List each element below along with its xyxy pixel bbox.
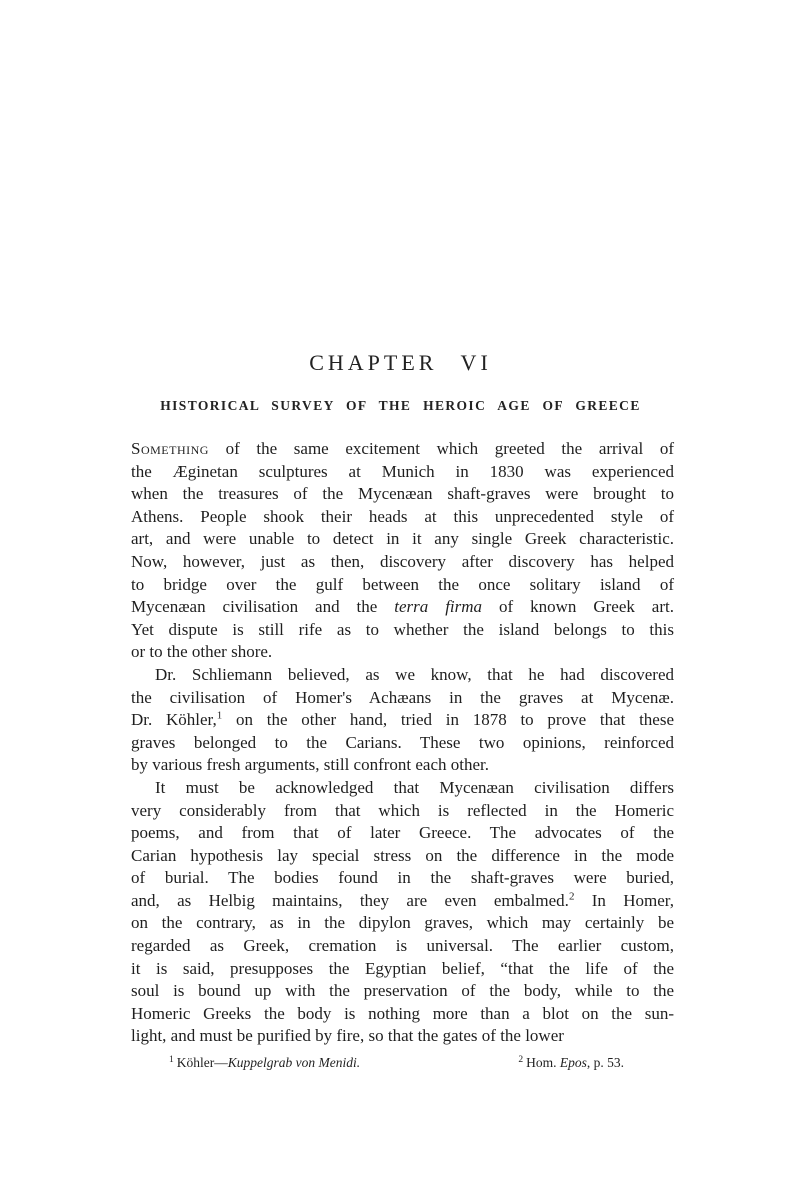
text-segment: soul is bound up with the preservation o… [131,981,674,1000]
text-segment: Mycenæan civilisation and the [131,597,394,616]
footnote: 2Hom. Epos, p. 53. [518,1054,624,1072]
text-segment: it is said, presupposes the Egyptian bel… [131,959,674,978]
text-segment: of known Greek art. [482,597,674,616]
text-segment: Kuppelgrab von Menidi. [228,1055,360,1070]
text-segment: the civilisation of Homer's Achæans in t… [131,688,674,707]
text-line: Homeric Greeks the body is nothing more … [131,1003,674,1026]
text-line: Athens. People shook their heads at this… [131,506,674,529]
text-segment: Carian hypothesis lay special stress on … [131,846,674,865]
chapter-heading: CHAPTER VI [0,350,801,376]
book-page: CHAPTER VI HISTORICAL SURVEY OF THE HERO… [0,0,801,1201]
text-line: light, and must be purified by fire, so … [131,1025,674,1048]
text-segment: Dr. Schliemann believed, as we know, tha… [155,665,674,684]
text-segment: regarded as Greek, cremation is universa… [131,936,674,955]
text-segment: or to the other shore. [131,642,272,661]
text-segment: Hom. [526,1055,560,1070]
text-segment: graves belonged to the Carians. These tw… [131,733,674,752]
text-segment: It must be acknowledged that Mycenæan ci… [155,778,674,797]
text-line: by various fresh arguments, still confro… [131,754,674,777]
text-line: soul is bound up with the preservation o… [131,980,674,1003]
text-line: Dr. Schliemann believed, as we know, tha… [131,664,674,687]
text-line: Now, however, just as then, discovery af… [131,551,674,574]
text-segment: on the other hand, tried in 1878 to prov… [222,710,674,729]
text-segment: Yet dispute is still rife as to whether … [131,620,674,639]
text-line: and, as Helbig maintains, they are even … [131,890,674,913]
footnote-marker: 1 [169,1055,174,1065]
text-line: Dr. Köhler,1 on the other hand, tried in… [131,709,674,732]
text-line: art, and were unable to detect in it any… [131,528,674,551]
text-line: graves belonged to the Carians. These tw… [131,732,674,755]
text-segment: light, and must be purified by fire, so … [131,1026,564,1045]
footnote: 1Köhler—Kuppelgrab von Menidi. [169,1054,360,1072]
footnotes: 1Köhler—Kuppelgrab von Menidi.2Hom. Epos… [131,1054,674,1072]
text-line: poems, and from that of later Greece. Th… [131,822,674,845]
paragraph: Something of the same excitement which g… [131,438,674,664]
text-segment: Dr. Köhler, [131,710,217,729]
text-segment: on the contrary, as in the dipylon grave… [131,913,674,932]
text-line: Something of the same excitement which g… [131,438,674,461]
text-line: when the treasures of the Mycenæan shaft… [131,483,674,506]
text-line: Yet dispute is still rife as to whether … [131,619,674,642]
text-segment: terra firma [394,597,482,616]
paragraph: Dr. Schliemann believed, as we know, tha… [131,664,674,777]
text-segment: Now, however, just as then, discovery af… [131,552,674,571]
text-segment: by various fresh arguments, still confro… [131,755,489,774]
text-line: on the contrary, as in the dipylon grave… [131,912,674,935]
paragraph: It must be acknowledged that Mycenæan ci… [131,777,674,1048]
text-line: of burial. The bodies found in the shaft… [131,867,674,890]
text-segment: , p. 53. [587,1055,624,1070]
text-segment: poems, and from that of later Greece. Th… [131,823,674,842]
footnote-marker: 2 [518,1055,523,1065]
text-segment: Köhler— [177,1055,228,1070]
text-segment: art, and were unable to detect in it any… [131,529,674,548]
text-line: the civilisation of Homer's Achæans in t… [131,687,674,710]
chapter-subtitle: HISTORICAL SURVEY OF THE HEROIC AGE OF G… [0,398,801,414]
text-line: regarded as Greek, cremation is universa… [131,935,674,958]
text-segment: Something [131,439,209,458]
body-text: Something of the same excitement which g… [131,438,674,1048]
text-segment: In Homer, [574,891,674,910]
text-segment: and, as Helbig maintains, they are even … [131,891,569,910]
text-segment: of burial. The bodies found in the shaft… [131,868,674,887]
text-segment: to bridge over the gulf between the once… [131,575,674,594]
text-line: Carian hypothesis lay special stress on … [131,845,674,868]
text-segment: Epos [560,1055,587,1070]
text-line: Mycenæan civilisation and the terra firm… [131,596,674,619]
text-segment: Homeric Greeks the body is nothing more … [131,1004,674,1023]
text-line: to bridge over the gulf between the once… [131,574,674,597]
text-segment: the Æginetan sculptures at Munich in 183… [131,462,674,481]
text-line: the Æginetan sculptures at Munich in 183… [131,461,674,484]
text-segment: very considerably from that which is ref… [131,801,674,820]
text-segment: of the same excitement which greeted the… [209,439,674,458]
text-line: it is said, presupposes the Egyptian bel… [131,958,674,981]
text-segment: Athens. People shook their heads at this… [131,507,674,526]
text-segment: when the treasures of the Mycenæan shaft… [131,484,674,503]
text-line: or to the other shore. [131,641,674,664]
text-line: very considerably from that which is ref… [131,800,674,823]
text-line: It must be acknowledged that Mycenæan ci… [131,777,674,800]
